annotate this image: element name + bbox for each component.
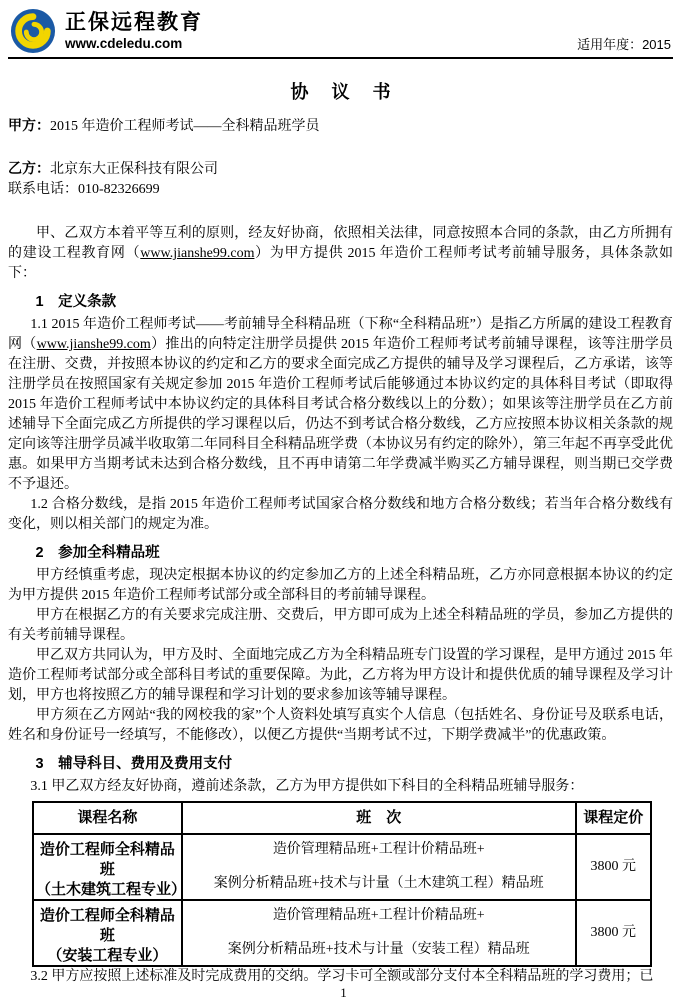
document-header: 正保远程教育 www.cdeledu.com 适用年度：2015 xyxy=(8,8,673,59)
applicable-year-label: 适用年度：2015 xyxy=(577,37,671,54)
section2-paragraph-3: 甲乙双方共同认为，甲方及时、全面地完成乙方为全科精品班专门设置的学习课程，是甲方… xyxy=(8,646,673,706)
contact-phone-line: 联系电话：010-82326699 xyxy=(8,180,673,200)
class-list-cell: 造价管理精品班+工程计价精品班+ 案例分析精品班+技术与计量（安装工程）精品班 xyxy=(183,901,575,965)
document-page: 正保远程教育 www.cdeledu.com 适用年度：2015 协 议 书 甲… xyxy=(0,0,687,1006)
section2-paragraph-4: 甲方须在乙方网站“我的网校我的家”个人资料处填写真实个人信息（包括姓名、身份证号… xyxy=(8,706,673,746)
party-a-value: 2015 年造价工程师考试——全科精品班学员 xyxy=(50,119,320,134)
class-list-line1: 造价管理精品班+工程计价精品班+ xyxy=(273,840,485,860)
class-list-cell: 造价管理精品班+工程计价精品班+ 案例分析精品班+技术与计量（土木建筑工程）精品… xyxy=(183,835,575,899)
course-table: 课程名称 班 次 课程定价 造价工程师全科精品班 （土木建筑工程专业） xyxy=(32,801,652,967)
clause-1-1-post: ）推出的向特定注册学员提供 2015 年造价工程师考试考前辅导课程，该等注册学员… xyxy=(8,337,673,492)
column-header-price: 课程定价 xyxy=(576,802,651,834)
course-name-line1: 造价工程师全科精品班 xyxy=(36,840,179,880)
clause-1-1: 1.1 2015 年造价工程师考试——考前辅导全科精品班（下称“全科精品班”）是… xyxy=(8,315,673,495)
brand-logo-group: 正保远程教育 www.cdeledu.com xyxy=(10,8,203,54)
cdel-swirl-logo-icon xyxy=(10,8,56,54)
class-list-line1: 造价管理精品班+工程计价精品班+ xyxy=(273,906,485,926)
brand-website: www.cdeledu.com xyxy=(65,35,203,52)
course-name-line1: 造价工程师全科精品班 xyxy=(36,906,179,946)
table-row-installation-engineering: 造价工程师全科精品班 （安装工程专业） 造价管理精品班+工程计价精品班+ 案例分… xyxy=(33,900,651,966)
phone-label: 联系电话： xyxy=(8,182,78,197)
brand-text-block: 正保远程教育 www.cdeledu.com xyxy=(65,11,203,52)
course-name-cell: 造价工程师全科精品班 （土木建筑工程专业） xyxy=(34,835,181,899)
course-price-cell: 3800 元 xyxy=(576,900,651,966)
phone-value: 010-82326699 xyxy=(78,182,160,197)
course-specialty-line: （土木建筑工程专业） xyxy=(36,880,179,900)
course-price-cell: 3800 元 xyxy=(576,834,651,900)
section1-heading: 1 定义条款 xyxy=(8,292,673,313)
table-row-civil-engineering: 造价工程师全科精品班 （土木建筑工程专业） 造价管理精品班+工程计价精品班+ 案… xyxy=(33,834,651,900)
jianshe99-link[interactable]: www.jianshe99.com xyxy=(140,246,254,261)
clause-1-2: 1.2 合格分数线，是指 2015 年造价工程师考试国家合格分数线和地方合格分数… xyxy=(8,495,673,535)
class-list-line2: 案例分析精品班+技术与计量（土木建筑工程）精品班 xyxy=(214,874,544,894)
column-header-course-name: 课程名称 xyxy=(33,802,182,834)
party-b-label: 乙方： xyxy=(8,162,50,177)
jianshe99-link[interactable]: www.jianshe99.com xyxy=(37,337,151,352)
class-list-line2: 案例分析精品班+技术与计量（安装工程）精品班 xyxy=(228,940,530,960)
course-table-wrapper: 课程名称 班 次 课程定价 造价工程师全科精品班 （土木建筑工程专业） xyxy=(32,801,652,967)
section2-paragraph-2: 甲方在根据乙方的有关要求完成注册、交费后，甲方即可成为上述全科精品班的学员，参加… xyxy=(8,606,673,646)
clause-3-2: 3.2 甲方应按照上述标准及时完成费用的交纳。学习卡可全额或部分支付本全科精品班… xyxy=(8,967,673,987)
course-name-cell: 造价工程师全科精品班 （安装工程专业） xyxy=(34,901,181,965)
brand-name: 正保远程教育 xyxy=(65,11,203,35)
party-b-value: 北京东大正保科技有限公司 xyxy=(50,162,218,177)
section3-heading: 3 辅导科目、费用及费用支付 xyxy=(8,754,673,775)
table-header-row: 课程名称 班 次 课程定价 xyxy=(33,802,651,834)
document-title: 协 议 书 xyxy=(8,82,673,102)
party-b-line: 乙方：北京东大正保科技有限公司 xyxy=(8,160,673,180)
party-a-label: 甲方： xyxy=(8,119,50,134)
column-header-class: 班 次 xyxy=(182,802,576,834)
course-specialty-line: （安装工程专业） xyxy=(47,946,167,966)
intro-paragraph: 甲、乙双方本着平等互利的原则，经友好协商，依照相关法律，同意按照本合同的条款，由… xyxy=(8,224,673,284)
party-a-line: 甲方：2015 年造价工程师考试——全科精品班学员 xyxy=(8,117,673,137)
section2-heading: 2 参加全科精品班 xyxy=(8,543,673,564)
section2-paragraph-1: 甲方经慎重考虑，现决定根据本协议的约定参加乙方的上述全科精品班，乙方亦同意根据本… xyxy=(8,566,673,606)
clause-3-1: 3.1 甲乙双方经友好协商，遵前述条款，乙方为甲方提供如下科目的全科精品班辅导服… xyxy=(8,777,673,797)
page-number: 1 xyxy=(0,985,687,1000)
